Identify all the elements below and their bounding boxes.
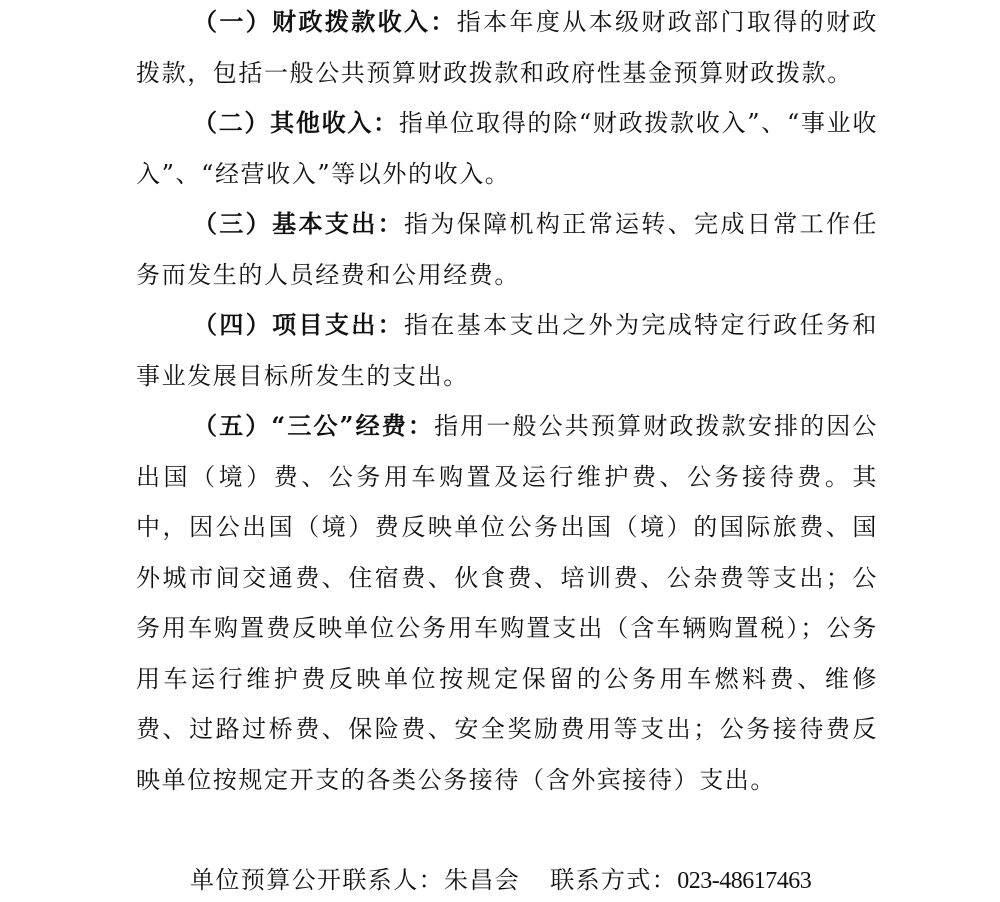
contact-person-label: 单位预算公开联系人： [190, 866, 444, 894]
definition-text: 指用一般公共预算财政拨款安排的因公出国（境）费、公务用车购置及运行维护费、公务接… [136, 412, 878, 794]
document-body: （一）财政拨款收入：指本年度从本级财政部门取得的财政拨款，包括一般公共预算财政拨… [136, 0, 878, 805]
contact-phone-label: 联系方式： [550, 866, 677, 894]
definition-basic-expenditure: （三）基本支出：指为保障机构正常运转、完成日常工作任务而发生的人员经费和公用经费… [136, 199, 878, 300]
definition-term: （三）基本支出： [193, 209, 404, 238]
definition-term: （二）其他收入： [193, 108, 399, 137]
contact-line: 单位预算公开联系人：朱昌会联系方式：023-48617463 [190, 860, 811, 901]
definition-project-expenditure: （四）项目支出：指在基本支出之外为完成特定行政任务和事业发展目标所发生的支出。 [136, 300, 878, 401]
definition-three-public-expenses: （五）“三公”经费：指用一般公共预算财政拨款安排的因公出国（境）费、公务用车购置… [136, 401, 878, 805]
definition-term: （五）“三公”经费： [193, 411, 434, 440]
definition-term: （四）项目支出： [193, 310, 404, 339]
definition-other-income: （二）其他收入：指单位取得的除“财政拨款收入”、“事业收入”、“经营收入”等以外… [136, 98, 878, 199]
contact-phone-number: 023-48617463 [677, 868, 811, 894]
definition-term: （一）财政拨款收入： [193, 7, 457, 36]
contact-person-name: 朱昌会 [444, 866, 520, 894]
definition-fiscal-appropriation-income: （一）财政拨款收入：指本年度从本级财政部门取得的财政拨款，包括一般公共预算财政拨… [136, 0, 878, 98]
